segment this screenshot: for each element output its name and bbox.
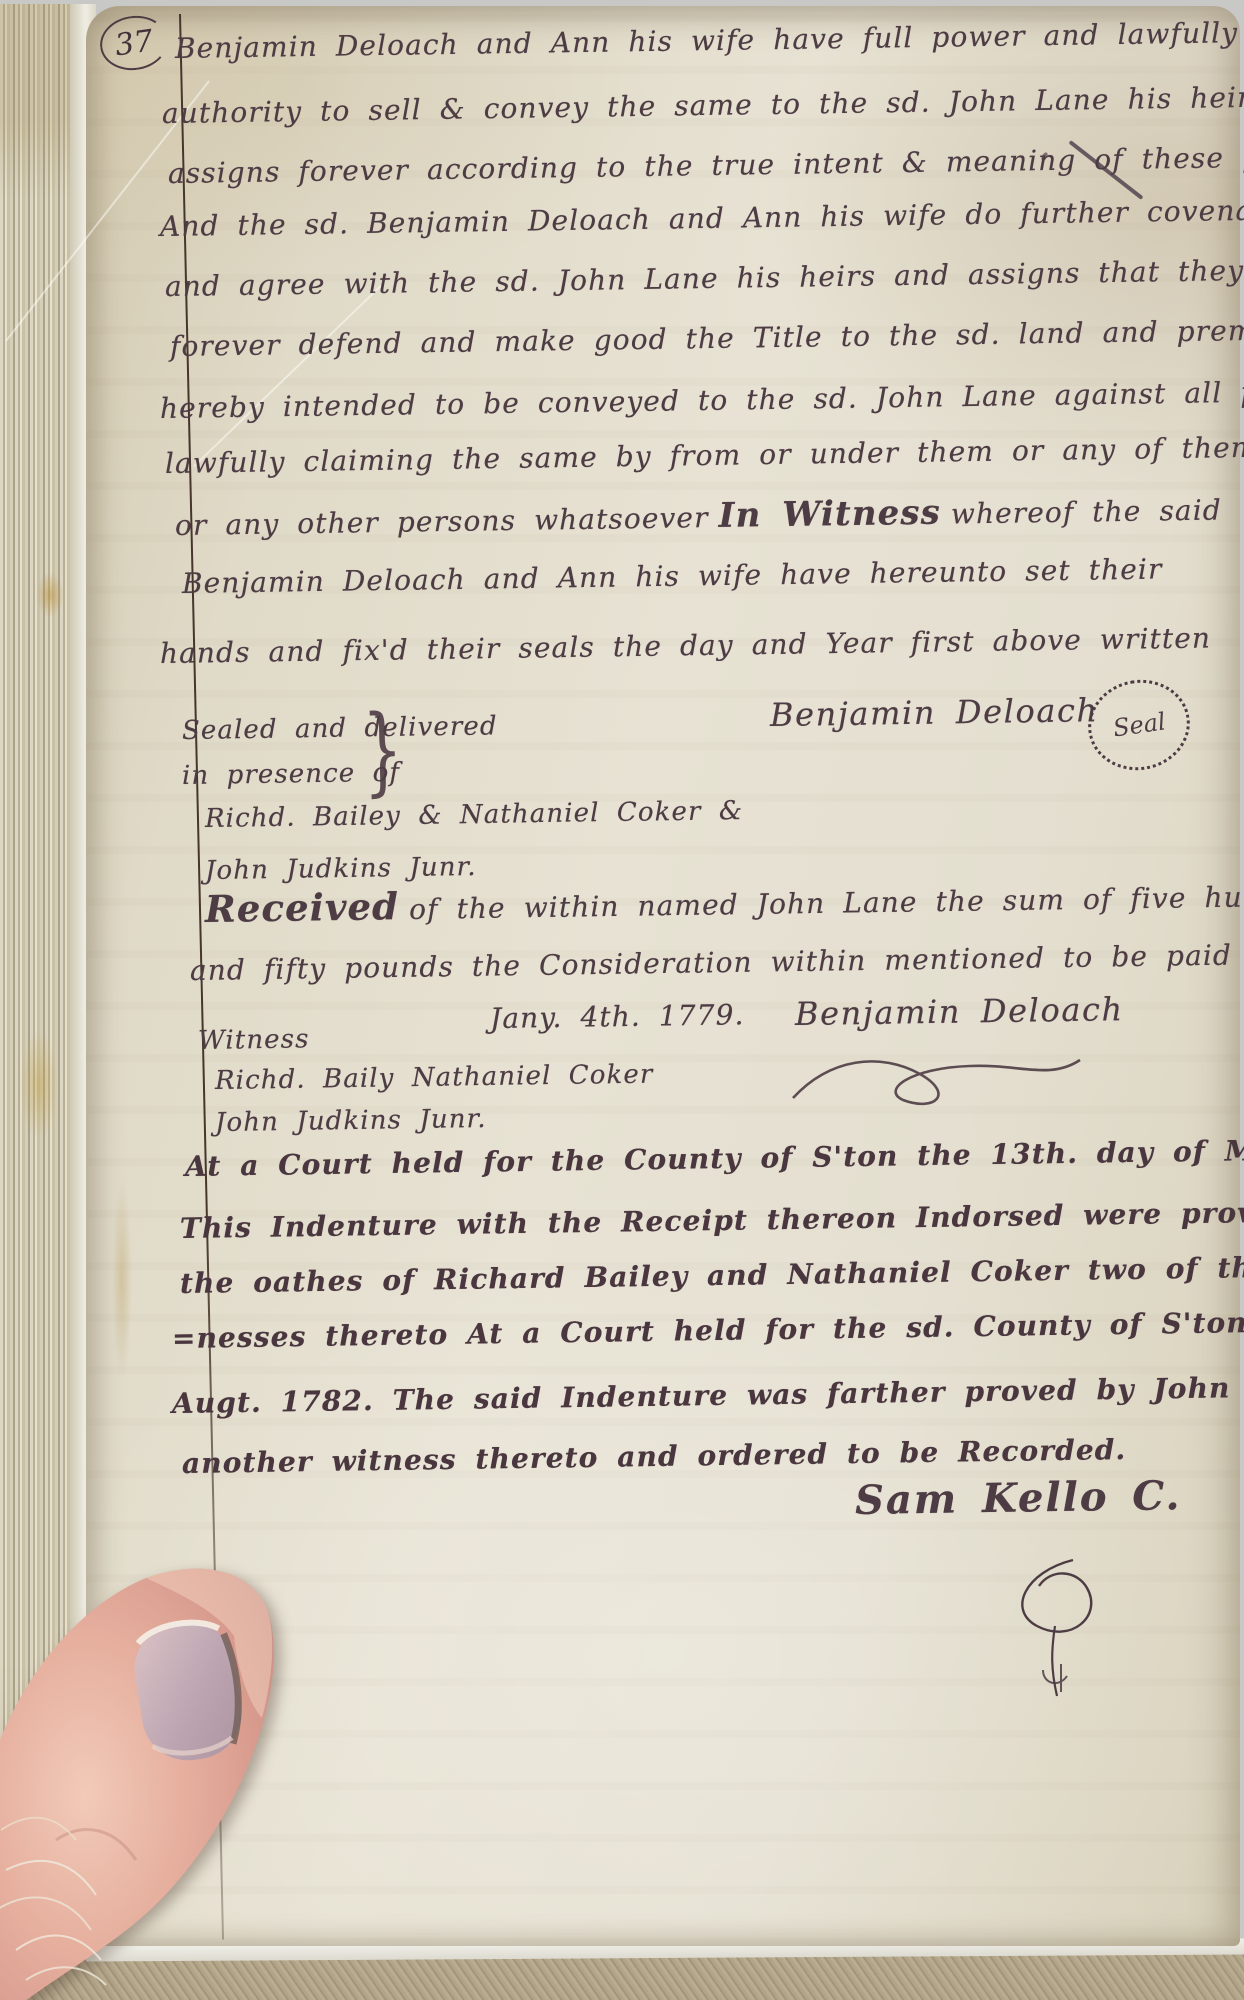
page-number-text: 37 [113,23,156,63]
paper-stain [112,1180,132,1380]
receipt-witness-label: Witness [198,1020,310,1060]
receipt-date: Jany. 4th. 1779. [490,996,745,1038]
receipt-signature: Benjamin Deloach [795,990,1124,1033]
deed-line-9-emphasis: In Witness [718,493,941,536]
deed-line-9-prefix: or any other persons whatsoever [175,501,709,542]
receipt-witness-1: Richd. Baily Nathaniel Coker [215,1055,654,1100]
paper-stain [36,572,64,618]
attestation-brace: } [361,693,403,807]
signature-flourish [785,1040,1085,1115]
seal-label: Seal [1111,707,1167,742]
clerk-paraph-flourish [995,1552,1125,1702]
photo-of-deed-book-page: 37 Benjamin Deloach and Ann his wife hav… [0,0,1244,2000]
deed-line-9-suffix: whereof the said [951,493,1222,530]
attestation-witness-1: Richd. Bailey & Nathaniel Coker & [205,792,744,838]
thumb-holding-page [0,1540,456,2000]
receipt-witness-2: John Judkins Junr. [215,1100,487,1142]
paper-crease [193,285,382,468]
attestation-witness-2: John Judkins Junr. [205,848,477,890]
receipt-lead-word: Received [205,884,400,931]
deloach-signature: Benjamin Deloach [770,691,1099,734]
clerk-signature: Sam Kello C. [855,1477,1182,1520]
sealed-delivered-line: Sealed and delivered [182,707,498,750]
paper-stain [20,1030,58,1140]
